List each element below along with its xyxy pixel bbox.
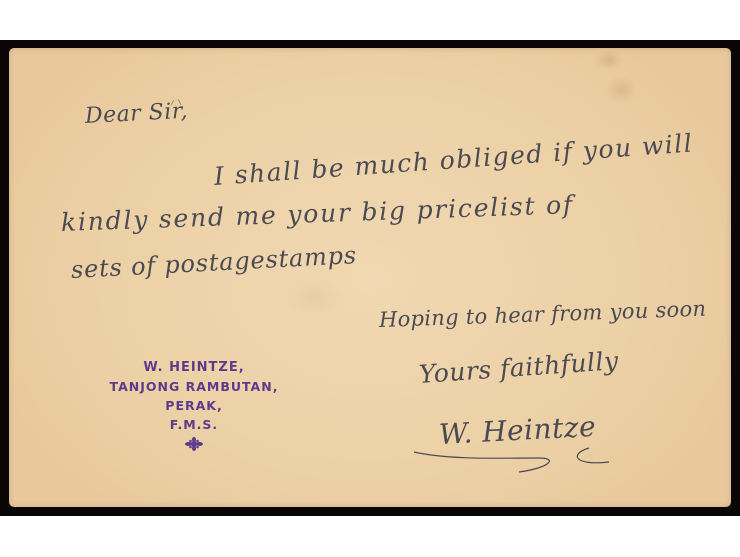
stamp-line-town: TANJONG RAMBUTAN, [89,377,299,396]
letter-body-line-2: kindly send me your big pricelist of [60,190,574,237]
letter-closing: Hoping to hear from you soon [379,297,707,332]
stamp-line-name: W. HEINTZE, [89,358,299,377]
stamp-line-state: PERAK, [89,396,299,415]
letter-body-line-1: I shall be much obliged if you will [213,129,694,191]
sender-address-stamp: W. HEINTZE, TANJONG RAMBUTAN, PERAK, F.M… [89,358,299,451]
letter-valediction: Yours faithfully [418,346,620,389]
letter-body-line-3: sets of postagestamps [70,241,357,284]
salutation: Dear Sir, [84,99,188,129]
fleuron-icon [184,437,204,451]
signature-flourish [409,446,629,476]
postcard: Dear Sir, I shall be much obliged if you… [9,48,731,507]
stamp-line-federation: F.M.S. [89,415,299,434]
signature: W. Heintze [438,410,597,451]
